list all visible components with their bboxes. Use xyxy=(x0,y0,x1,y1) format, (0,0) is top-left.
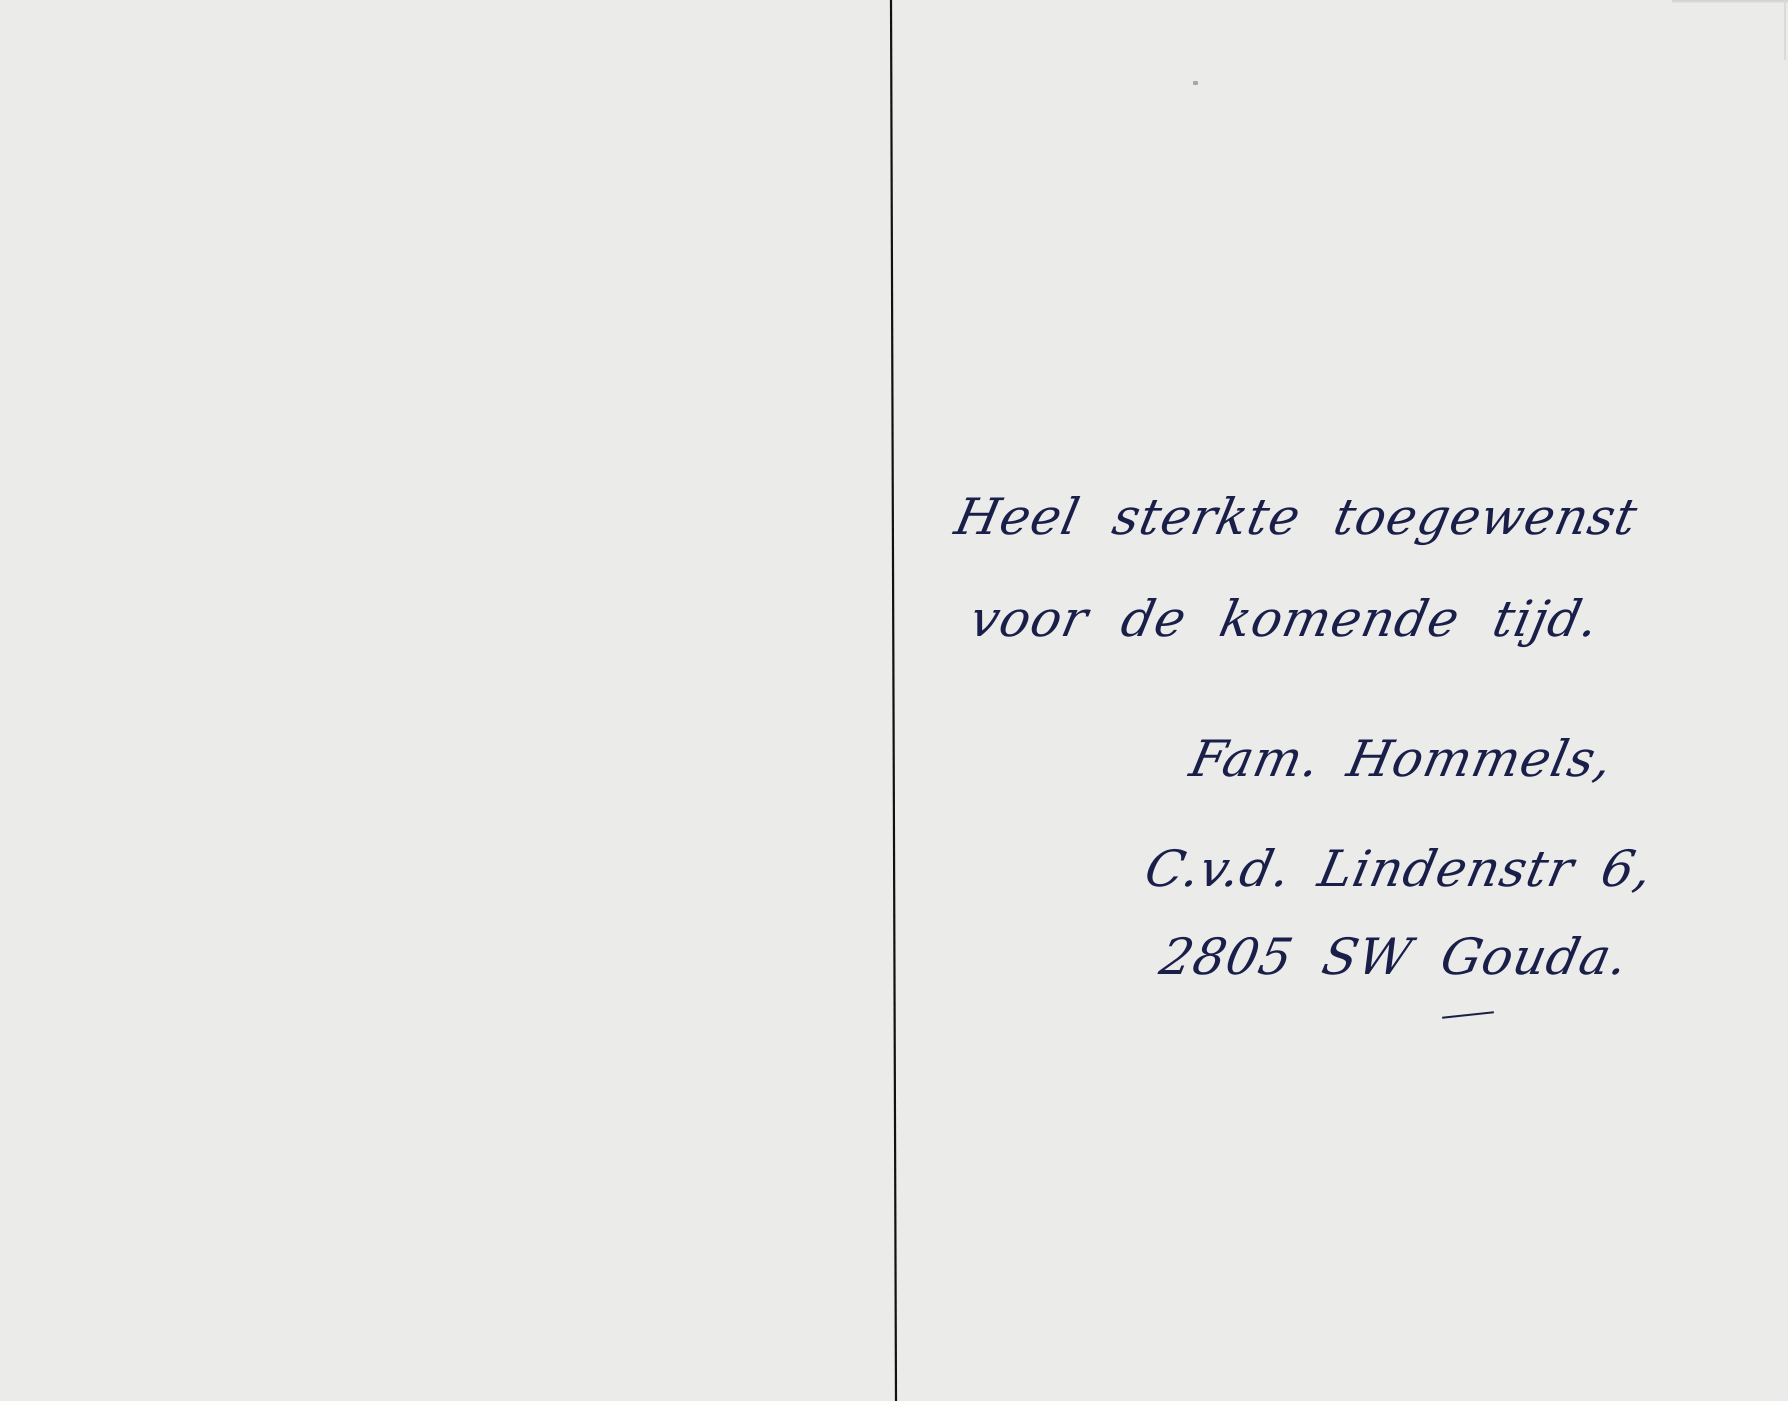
scan-top-edge xyxy=(1672,0,1788,3)
message-line-2: voor de komende tijd. xyxy=(965,590,1605,648)
left-page-blank xyxy=(0,0,891,1401)
signature-postal-city: 2805 SW Gouda. xyxy=(1155,928,1634,986)
signature-name: Fam. Hommels, xyxy=(1185,730,1618,788)
right-page xyxy=(893,0,1788,1401)
paper-speck xyxy=(1193,81,1198,85)
message-line-1: Heel sterkte toegewenst xyxy=(950,488,1643,546)
scan-right-edge xyxy=(1784,0,1786,60)
signature-street: C.v.d. Lindenstr 6, xyxy=(1140,840,1658,898)
